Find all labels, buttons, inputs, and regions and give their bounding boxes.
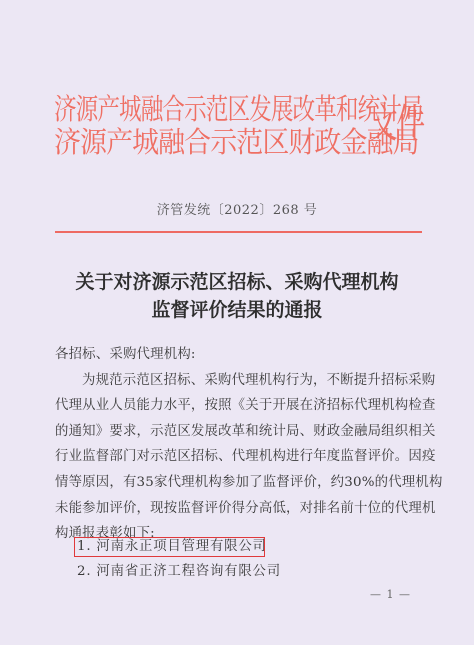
ranking-list: 1. 河南永正项目管理有限公司 2. 河南省正济工程咨询有限公司 [77,537,281,587]
page-number: — 1 — [370,588,411,601]
document-title: 关于对济源示范区招标、采购代理机构 监督评价结果的通报 [0,268,474,324]
ranking-item-1: 1. 河南永正项目管理有限公司 [77,537,281,562]
salutation: 各招标、采购代理机构: [55,342,425,368]
title-line-2: 监督评价结果的通报 [0,296,474,324]
paragraph-line: 的通知》要求，示范区发展改革和统计局、财政金融局组织相关 [55,419,425,445]
paragraph-line: 为规范示范区招标、采购代理机构行为，不断提升招标采购 [55,368,425,394]
document-page: 济源产城融合示范区发展改革和统计局 济源产城融合示范区财政金融局 文件 济管发统… [0,0,474,645]
document-body: 各招标、采购代理机构: 为规范示范区招标、采购代理机构行为，不断提升招标采购 代… [55,342,425,547]
document-number: 济管发统〔2022〕268 号 [0,199,474,218]
red-divider [55,231,422,233]
ranking-item-2: 2. 河南省正济工程咨询有限公司 [77,562,281,587]
title-line-1: 关于对济源示范区招标、采购代理机构 [0,268,474,296]
paragraph-line: 情等原因，有35家代理机构参加了监督评价，约30%的代理机构 [55,470,425,496]
paragraph-line: 未能参加评价，现按监督评价得分高低，对排名前十位的代理机 [55,496,425,522]
paragraph-line: 代理从业人员能力水平，按照《关于开展在济招标代理机构检查 [55,393,425,419]
doc-type-label: 文件 [369,102,424,146]
paragraph-line: 行业监督部门对示范区招标、代理机构进行年度监督评价。因疫 [55,444,425,470]
issuer-line-1: 济源产城融合示范区发展改革和统计局 [54,93,423,126]
